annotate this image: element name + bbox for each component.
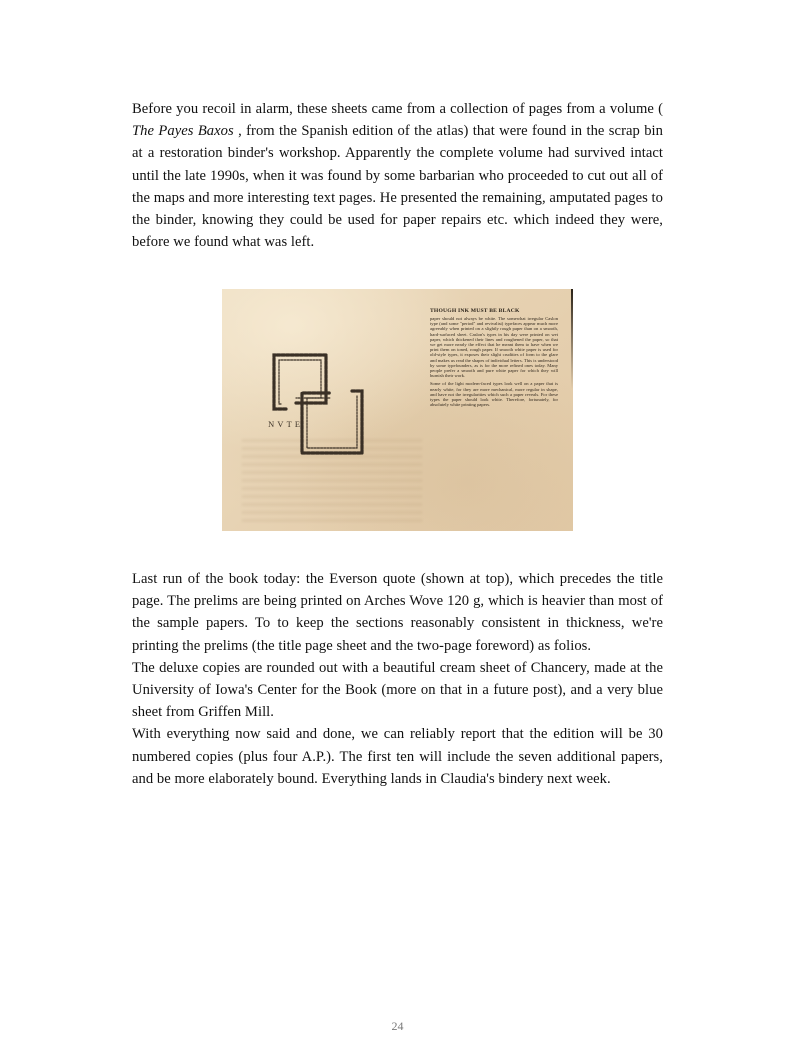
page-number: 24	[0, 1019, 795, 1034]
printed-heading: THOUGH INK MUST BE BLACK	[430, 308, 558, 315]
paragraph-edition: With everything now said and done, we ca…	[132, 723, 663, 790]
printed-text-column: THOUGH INK MUST BE BLACK paper should no…	[430, 308, 558, 410]
book-title: The Payes Baxos	[132, 123, 234, 139]
antique-page-photo: NVTE THOUGH INK MUST BE BLACK paper shou…	[222, 289, 573, 531]
paragraph-text: Before you recoil in alarm, these sheets…	[132, 101, 663, 117]
document-page: Before you recoil in alarm, these sheets…	[0, 0, 795, 1063]
text-block-intro: Before you recoil in alarm, these sheets…	[132, 98, 663, 253]
ornament-caption: NVTE	[268, 420, 303, 429]
page-edge-shadow	[571, 289, 573, 389]
chain-ornament-icon	[264, 349, 374, 459]
paragraph-last-run: Last run of the book today: the Everson …	[132, 568, 663, 657]
paragraph-text: , from the Spanish edition of the atlas)…	[132, 123, 663, 250]
paragraph-scrap-pages: Before you recoil in alarm, these sheets…	[132, 98, 663, 253]
paragraph-deluxe-copies: The deluxe copies are rounded out with a…	[132, 657, 663, 724]
printed-paragraph: Some of the light modern-faced types loo…	[430, 381, 558, 407]
printed-paragraph: paper should not always be white. The so…	[430, 316, 558, 378]
text-block-update: Last run of the book today: the Everson …	[132, 568, 663, 790]
